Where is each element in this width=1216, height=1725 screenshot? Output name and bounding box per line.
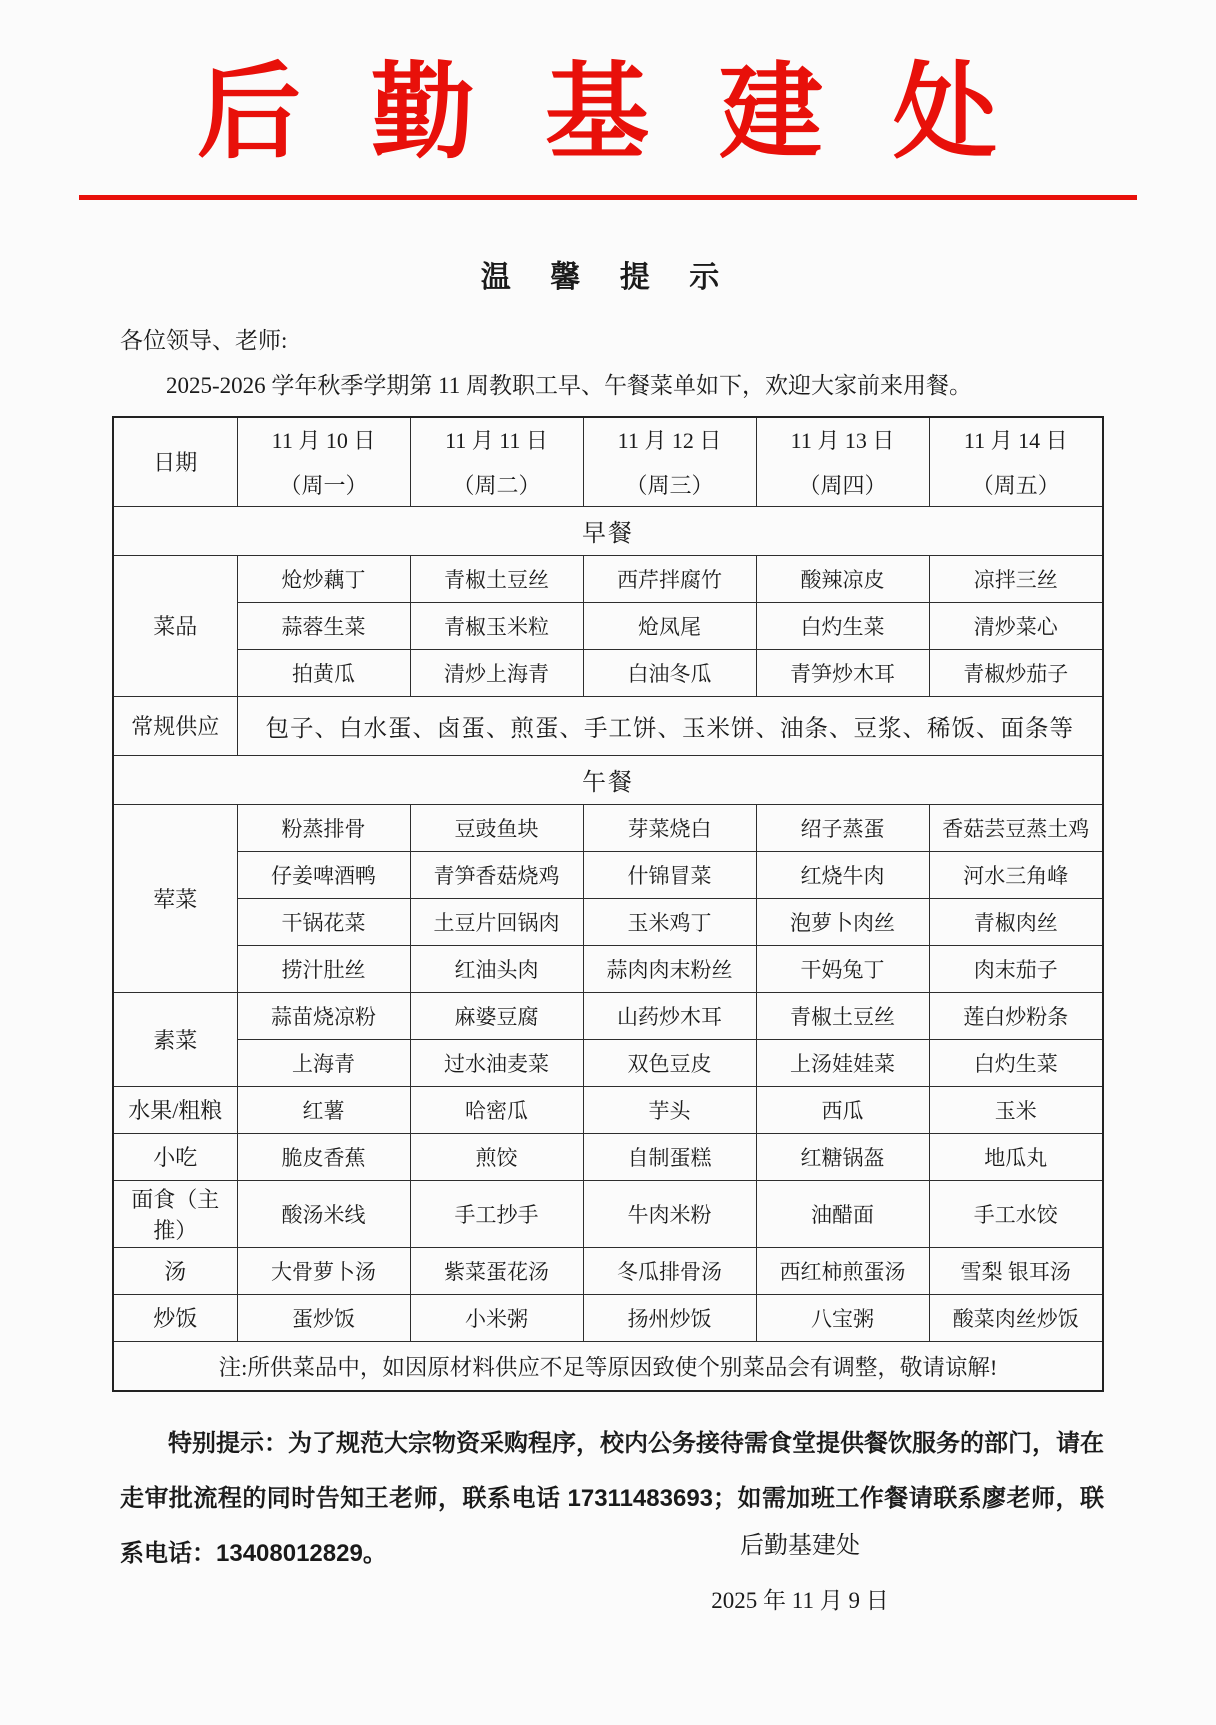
dish-cell: 大骨萝卜汤 [237,1247,410,1294]
dish-cell: 豆豉鱼块 [410,804,583,851]
dish-cell: 香菇芸豆蒸土鸡 [929,804,1103,851]
dish-cell: 酸菜肉丝炒饭 [929,1294,1103,1341]
dish-cell: 上海青 [237,1039,410,1086]
dish-cell: 红油头肉 [410,945,583,992]
intro-paragraph: 2025-2026 学年秋季学期第 11 周教职工早、午餐菜单如下，欢迎大家前来… [120,369,1119,404]
breakfast-dish-row: 菜品 炝炒藕丁 青椒土豆丝 西芹拌腐竹 酸辣凉皮 凉拌三丝 [113,555,1103,602]
dish-cell: 自制蛋糕 [583,1133,756,1180]
noodle-label: 面食（主推） [113,1180,237,1247]
date-text: 11 月 10 日 [241,424,407,455]
dish-cell: 清炒上海青 [410,649,583,696]
date-text: 11 月 11 日 [414,424,580,455]
dish-cell: 西芹拌腐竹 [583,555,756,602]
notice-title: 温 馨 提 示 [57,252,1159,296]
breakfast-section-row: 早餐 [113,506,1103,555]
date-text: 11 月 14 日 [933,424,1100,455]
regular-supply-row: 常规供应 包子、白水蛋、卤蛋、煎蛋、手工饼、玉米饼、油条、豆浆、稀饭、面条等 [113,696,1103,755]
dish-cell: 煎饺 [410,1133,583,1180]
date-cell-friday: 11 月 14 日 （周五） [929,417,1103,507]
breakfast-dish-row: 拍黄瓜 清炒上海青 白油冬瓜 青笋炒木耳 青椒炒茄子 [113,649,1103,696]
dish-cell: 肉末茄子 [929,945,1103,992]
dish-cell: 干妈兔丁 [756,945,929,992]
dish-cell: 土豆片回锅肉 [410,898,583,945]
date-header-row: 日期 11 月 10 日 （周一） 11 月 11 日 （周二） 11 月 12… [113,417,1103,507]
dish-cell: 哈密瓜 [410,1086,583,1133]
dish-cell: 青笋香菇烧鸡 [410,851,583,898]
breakfast-dish-row: 蒜蓉生菜 青椒玉米粒 炝凤尾 白灼生菜 清炒菜心 [113,602,1103,649]
date-cell-monday: 11 月 10 日 （周一） [237,417,410,507]
dish-cell: 红薯 [237,1086,410,1133]
dish-cell: 粉蒸排骨 [237,804,410,851]
dish-cell: 红烧牛肉 [756,851,929,898]
dish-cell: 河水三角峰 [929,851,1103,898]
lunch-meat-row: 捞汁肚丝 红油头肉 蒜肉肉末粉丝 干妈兔丁 肉末茄子 [113,945,1103,992]
dish-cell: 绍子蒸蛋 [756,804,929,851]
dish-cell: 山药炒木耳 [583,992,756,1039]
soup-row: 汤 大骨萝卜汤 紫菜蛋花汤 冬瓜排骨汤 西红柿煎蛋汤 雪梨 银耳汤 [113,1247,1103,1294]
weekday-text: （周二） [414,469,580,500]
dish-cell: 青笋炒木耳 [756,649,929,696]
table-note: 注:所供菜品中，如因原材料供应不足等原因致使个别菜品会有调整，敬请谅解! [113,1341,1103,1391]
date-cell-tuesday: 11 月 11 日 （周二） [410,417,583,507]
date-cell-thursday: 11 月 13 日 （周四） [756,417,929,507]
date-cell-wednesday: 11 月 12 日 （周三） [583,417,756,507]
dish-cell: 炝凤尾 [583,602,756,649]
dish-cell: 玉米 [929,1086,1103,1133]
dish-cell: 青椒肉丝 [929,898,1103,945]
dish-cell: 酸汤米线 [237,1180,410,1247]
dish-cell: 青椒土豆丝 [410,555,583,602]
breakfast-dishes-label: 菜品 [113,555,237,696]
fruit-grain-row: 水果/粗粮 红薯 哈密瓜 芋头 西瓜 玉米 [113,1086,1103,1133]
lunch-meat-row: 荤菜 粉蒸排骨 豆豉鱼块 芽菜烧白 绍子蒸蛋 香菇芸豆蒸土鸡 [113,804,1103,851]
dish-cell: 扬州炒饭 [583,1294,756,1341]
dish-cell: 双色豆皮 [583,1039,756,1086]
dish-cell: 白灼生菜 [756,602,929,649]
date-text: 11 月 12 日 [587,424,753,455]
weekday-text: （周五） [933,469,1100,500]
veg-category-label: 素菜 [113,992,237,1086]
noodle-row: 面食（主推） 酸汤米线 手工抄手 牛肉米粉 油醋面 手工水饺 [113,1180,1103,1247]
signature-block: 后勤基建处 2025 年 11 月 9 日 [640,1525,960,1615]
dish-cell: 炝炒藕丁 [237,555,410,602]
signature-department: 后勤基建处 [640,1525,960,1560]
snack-row: 小吃 脆皮香蕉 煎饺 自制蛋糕 红糖锅盔 地瓜丸 [113,1133,1103,1180]
dish-cell: 上汤娃娃菜 [756,1039,929,1086]
table-note-row: 注:所供菜品中，如因原材料供应不足等原因致使个别菜品会有调整，敬请谅解! [113,1341,1103,1391]
regular-supply-label: 常规供应 [113,696,237,755]
dish-cell: 泡萝卜肉丝 [756,898,929,945]
regular-supply-items: 包子、白水蛋、卤蛋、煎蛋、手工饼、玉米饼、油条、豆浆、稀饭、面条等 [237,696,1103,755]
dish-cell: 蒜苗烧凉粉 [237,992,410,1039]
breakfast-section-label: 早餐 [113,506,1103,555]
weekday-text: （周三） [587,469,753,500]
fruit-grain-label: 水果/粗粮 [113,1086,237,1133]
letterhead-divider-line [79,195,1137,200]
menu-table: 日期 11 月 10 日 （周一） 11 月 11 日 （周二） 11 月 12… [112,416,1104,1392]
dish-cell: 蒜肉肉末粉丝 [583,945,756,992]
dish-cell: 青椒玉米粒 [410,602,583,649]
dish-cell: 紫菜蛋花汤 [410,1247,583,1294]
signature-date: 2025 年 11 月 9 日 [640,1582,960,1615]
dish-cell: 玉米鸡丁 [583,898,756,945]
lunch-meat-row: 干锅花菜 土豆片回锅肉 玉米鸡丁 泡萝卜肉丝 青椒肉丝 [113,898,1103,945]
dish-cell: 青椒土豆丝 [756,992,929,1039]
dish-cell: 拍黄瓜 [237,649,410,696]
dish-cell: 手工抄手 [410,1180,583,1247]
dish-cell: 凉拌三丝 [929,555,1103,602]
lunch-veg-row: 上海青 过水油麦菜 双色豆皮 上汤娃娃菜 白灼生菜 [113,1039,1103,1086]
date-label-cell: 日期 [113,417,237,507]
letterhead-title: 后 勤 基 建 处 [57,46,1159,181]
date-text: 11 月 13 日 [760,424,926,455]
lunch-veg-row: 素菜 蒜苗烧凉粉 麻婆豆腐 山药炒木耳 青椒土豆丝 莲白炒粉条 [113,992,1103,1039]
dish-cell: 白油冬瓜 [583,649,756,696]
weekday-text: （周四） [760,469,926,500]
dish-cell: 地瓜丸 [929,1133,1103,1180]
dish-cell: 麻婆豆腐 [410,992,583,1039]
dish-cell: 什锦冒菜 [583,851,756,898]
salutation-text: 各位领导、老师: [120,322,1159,355]
dish-cell: 八宝粥 [756,1294,929,1341]
dish-cell: 牛肉米粉 [583,1180,756,1247]
dish-cell: 仔姜啤酒鸭 [237,851,410,898]
dish-cell: 蛋炒饭 [237,1294,410,1341]
lunch-section-label: 午餐 [113,755,1103,804]
dish-cell: 芋头 [583,1086,756,1133]
dish-cell: 蒜蓉生菜 [237,602,410,649]
dish-cell: 清炒菜心 [929,602,1103,649]
dish-cell: 青椒炒茄子 [929,649,1103,696]
dish-cell: 脆皮香蕉 [237,1133,410,1180]
dish-cell: 过水油麦菜 [410,1039,583,1086]
dish-cell: 油醋面 [756,1180,929,1247]
dish-cell: 芽菜烧白 [583,804,756,851]
lunch-meat-row: 仔姜啤酒鸭 青笋香菇烧鸡 什锦冒菜 红烧牛肉 河水三角峰 [113,851,1103,898]
dish-cell: 捞汁肚丝 [237,945,410,992]
dish-cell: 小米粥 [410,1294,583,1341]
weekday-text: （周一） [241,469,407,500]
fried-rice-label: 炒饭 [113,1294,237,1341]
dish-cell: 冬瓜排骨汤 [583,1247,756,1294]
soup-label: 汤 [113,1247,237,1294]
dish-cell: 西瓜 [756,1086,929,1133]
snack-label: 小吃 [113,1133,237,1180]
lunch-section-row: 午餐 [113,755,1103,804]
dish-cell: 手工水饺 [929,1180,1103,1247]
dish-cell: 酸辣凉皮 [756,555,929,602]
document-page: 后 勤 基 建 处 温 馨 提 示 各位领导、老师: 2025-2026 学年秋… [0,0,1216,1581]
fried-rice-row: 炒饭 蛋炒饭 小米粥 扬州炒饭 八宝粥 酸菜肉丝炒饭 [113,1294,1103,1341]
dish-cell: 莲白炒粉条 [929,992,1103,1039]
dish-cell: 白灼生菜 [929,1039,1103,1086]
dish-cell: 红糖锅盔 [756,1133,929,1180]
dish-cell: 干锅花菜 [237,898,410,945]
dish-cell: 雪梨 银耳汤 [929,1247,1103,1294]
meat-category-label: 荤菜 [113,804,237,992]
dish-cell: 西红柿煎蛋汤 [756,1247,929,1294]
